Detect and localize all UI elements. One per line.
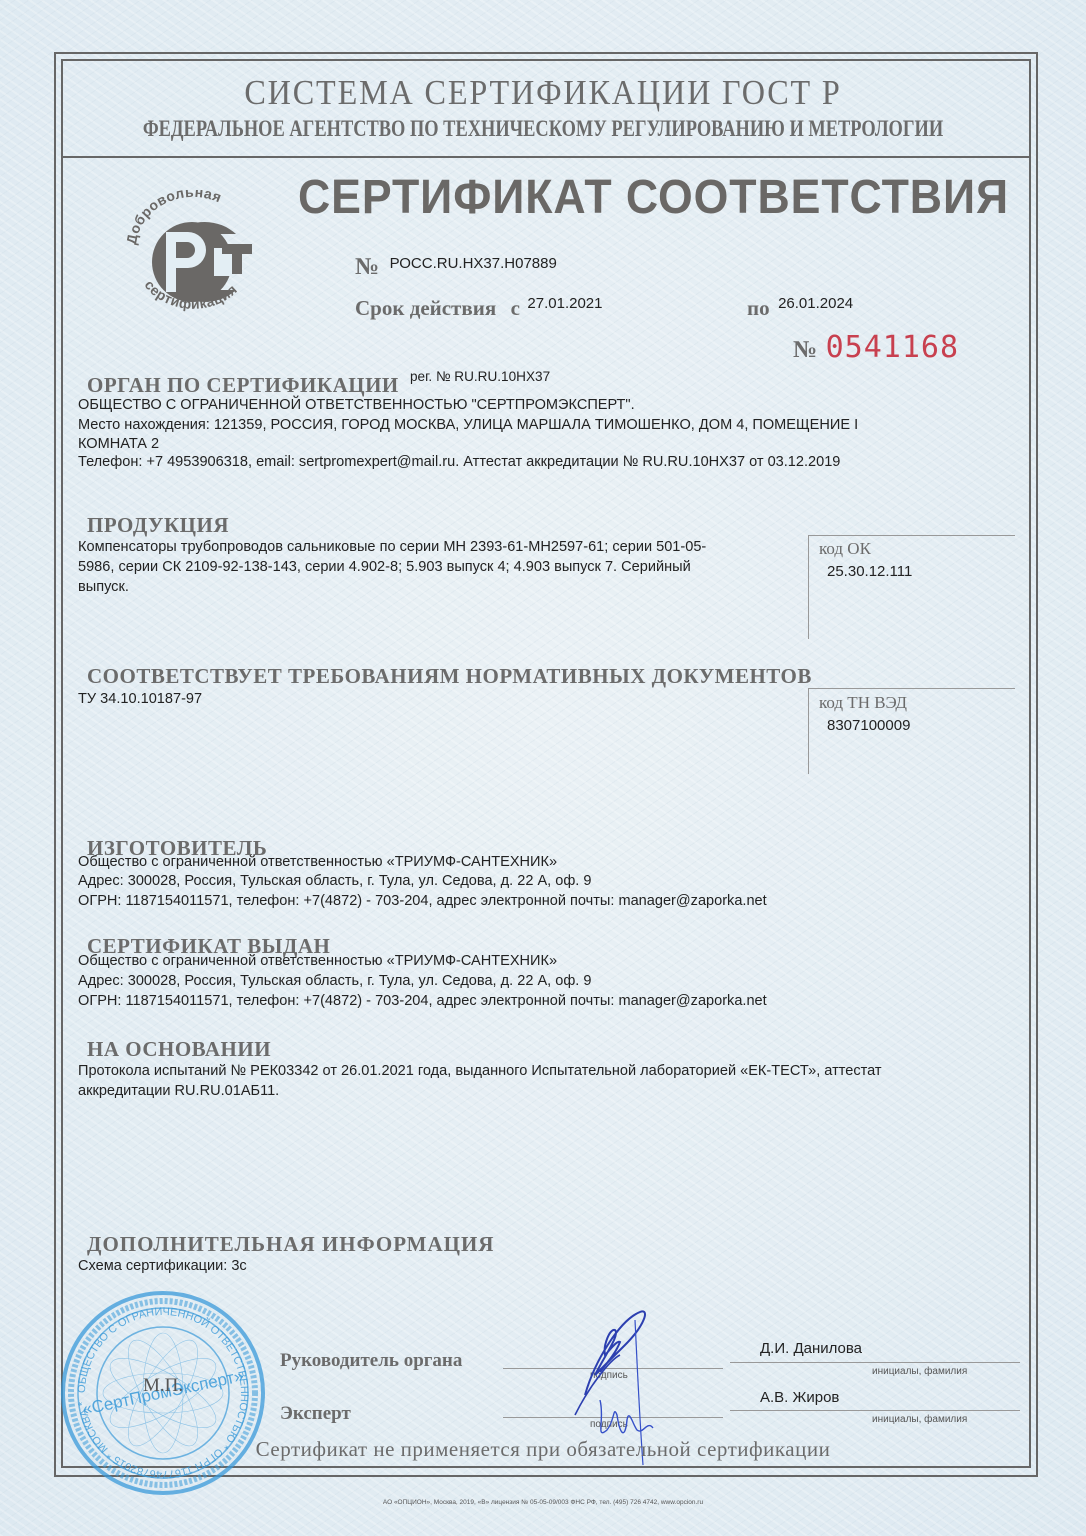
certification-body-reg-number: рег. № RU.RU.10НХ37	[410, 368, 550, 384]
basis-line: аккредитации RU.RU.01АБ11.	[78, 1082, 279, 1099]
okpd-code-box: код ОК 25.30.12.111	[808, 535, 1015, 639]
system-title: СИСТЕМА СЕРТИФИКАЦИИ ГОСТ Р	[43, 73, 1042, 113]
expert-name-line	[730, 1410, 1020, 1411]
valid-from-date: 27.01.2021	[527, 295, 602, 312]
head-name-caption: инициалы, фамилия	[872, 1366, 967, 1377]
manufacturer-line: ОГРН: 1187154011571, телефон: +7(4872) -…	[78, 892, 767, 909]
tnved-code-value: 8307100009	[827, 717, 910, 734]
document-title: СЕРТИФИКАТ СООТВЕТСТВИЯ	[298, 170, 1009, 225]
product-line: выпуск.	[78, 578, 129, 595]
okpd-code-label: код ОК	[819, 539, 871, 559]
additional-info-heading: ДОПОЛНИТЕЛЬНАЯ ИНФОРМАЦИЯ	[87, 1232, 494, 1257]
manufacturer-line: Общество с ограниченной ответственностью…	[78, 853, 557, 870]
head-name: Д.И. Данилова	[760, 1340, 862, 1357]
tnved-code-box: код ТН ВЭД 8307100009	[808, 688, 1015, 774]
issued-to-line: ОГРН: 1187154011571, телефон: +7(4872) -…	[78, 992, 767, 1009]
tnved-code-label: код ТН ВЭД	[819, 693, 907, 713]
certification-body-line: Телефон: +7 4953906318, email: sertprome…	[78, 453, 840, 470]
certification-body-line: ОБЩЕСТВО С ОГРАНИЧЕННОЙ ОТВЕТСТВЕННОСТЬЮ…	[78, 396, 635, 413]
certification-scheme: Схема сертификации: 3с	[78, 1257, 247, 1274]
head-of-body-label: Руководитель органа	[280, 1350, 462, 1372]
certificate-number: РОСС.RU.НХ37.Н07889	[390, 255, 557, 272]
issued-to-line: Общество с ограниченной ответственностью…	[78, 952, 557, 969]
expert-label: Эксперт	[280, 1403, 351, 1425]
compliance-document: ТУ 34.10.10187-97	[78, 690, 202, 707]
valid-to-row: по 26.01.2024	[747, 296, 853, 321]
expert-name: А.В. Жиров	[760, 1389, 839, 1406]
certification-body-heading: ОРГАН ПО СЕРТИФИКАЦИИ	[87, 373, 399, 398]
basis-line: Протокола испытаний № РЕК03342 от 26.01.…	[78, 1062, 882, 1079]
header-divider	[61, 156, 1031, 158]
product-line: 5986, серии СК 2109-92-138-143, серии 4.…	[78, 558, 691, 575]
compliance-heading: СООТВЕТСТВУЕТ ТРЕБОВАНИЯМ НОРМАТИВНЫХ ДО…	[87, 664, 812, 689]
blank-number-row: № 0541168	[793, 330, 959, 365]
from-label: с	[511, 296, 520, 320]
certificate-number-row: № РОСС.RU.НХ37.Н07889	[355, 254, 557, 281]
expert-name-caption: инициалы, фамилия	[872, 1414, 967, 1425]
basis-heading: НА ОСНОВАНИИ	[87, 1037, 271, 1062]
valid-to-date: 26.01.2024	[778, 295, 853, 312]
rst-logo-icon: Добровольная сертификация	[118, 190, 268, 320]
validity-row: Срок действия с 27.01.2021	[355, 296, 603, 321]
blank-number-sign: №	[793, 337, 817, 363]
number-sign-label: №	[355, 254, 379, 280]
certification-body-line: Место нахождения: 121359, РОССИЯ, ГОРОД …	[78, 416, 858, 433]
product-line: Компенсаторы трубопроводов сальниковые п…	[78, 538, 706, 555]
issued-to-line: Адрес: 300028, Россия, Тульская область,…	[78, 972, 591, 989]
to-label: по	[747, 296, 770, 320]
certification-body-line: КОМНАТА 2	[78, 435, 159, 452]
product-heading: ПРОДУКЦИЯ	[87, 513, 229, 538]
blank-number: 0541168	[826, 330, 959, 365]
head-name-line	[730, 1362, 1020, 1363]
manufacturer-line: Адрес: 300028, Россия, Тульская область,…	[78, 872, 591, 889]
validity-label: Срок действия	[355, 296, 496, 320]
seal-placeholder-label: М.П.	[143, 1375, 183, 1397]
agency-title: ФЕДЕРАЛЬНОЕ АГЕНТСТВО ПО ТЕХНИЧЕСКОМУ РЕ…	[109, 116, 978, 142]
printer-footer: АО «ОПЦИОН», Москва, 2019, «В» лицензия …	[0, 1499, 1086, 1506]
rst-logo: Добровольная сертификация	[118, 190, 268, 320]
okpd-code-value: 25.30.12.111	[827, 563, 912, 580]
voluntary-notice: Сертификат не применяется при обязательн…	[0, 1437, 1086, 1462]
